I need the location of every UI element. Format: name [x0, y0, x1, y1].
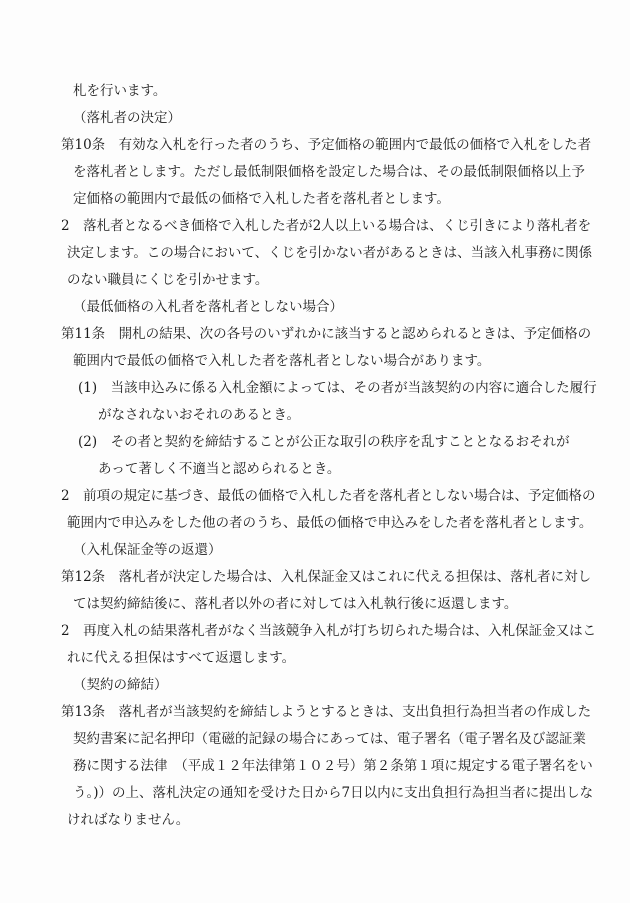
text-line: を落札者とします。ただし最低制限価格を設定した場合は、その最低制限価格以上予: [0, 159, 630, 186]
text-line: 札を行います。: [0, 78, 630, 105]
text-line: 第13条 落札者が当該契約を締結しようとするときは、支出負担行為担当者の作成した: [0, 699, 630, 726]
text-line: (2) その者と契約を締結することが公正な取引の秩序を乱すこととなるおそれが: [0, 429, 630, 456]
text-line: 決定します。この場合において、くじを引かない者があるときは、当該入札事務に関係: [0, 240, 630, 267]
text-line: 第11条 開札の結果、次の各号のいずれかに該当すると認められるときは、予定価格の: [0, 321, 630, 348]
text-line: (1) 当該申込みに係る入札金額によっては、その者が当該契約の内容に適合した履行: [0, 375, 630, 402]
text-line: 務に関する法律 （平成１２年法律第１０２号）第２条第１項に規定する電子署名をい: [0, 753, 630, 780]
text-line: 2 再度入札の結果落札者がなく当該競争入札が打ち切られた場合は、入札保証金又はこ: [0, 618, 630, 645]
text-line: 契約書案に記名押印（電磁的記録の場合にあっては、電子署名（電子署名及び認証業: [0, 726, 630, 753]
text-line: 範囲内で最低の価格で入札した者を落札者としない場合があります。: [0, 348, 630, 375]
text-line: （入札保証金等の返還）: [0, 537, 630, 564]
document-page: 札を行います。（落札者の決定）第10条 有効な入札を行った者のうち、予定価格の範…: [0, 0, 630, 903]
text-line: れに代える担保はすべて返還します。: [0, 645, 630, 672]
text-line: 定価格の範囲内で最低の価格で入札した者を落札者とします。: [0, 186, 630, 213]
text-line: 第10条 有効な入札を行った者のうち、予定価格の範囲内で最低の価格で入札をした者: [0, 132, 630, 159]
text-line: がなされないおそれのあるとき。: [0, 402, 630, 429]
text-line: 2 前項の規定に基づき、最低の価格で入札した者を落札者としない場合は、予定価格の: [0, 483, 630, 510]
text-line: ければなりません。: [0, 807, 630, 834]
text-line: 範囲内で申込みをした他の者のうち、最低の価格で申込みをした者を落札者とします。: [0, 510, 630, 537]
text-line: ては契約締結後に、落札者以外の者に対しては入札執行後に返還します。: [0, 591, 630, 618]
text-line: あって著しく不適当と認められるとき。: [0, 456, 630, 483]
text-line: （契約の締結）: [0, 672, 630, 699]
text-line: 2 落札者となるべき価格で入札した者が2人以上いる場合は、くじ引きにより落札者を: [0, 213, 630, 240]
text-line: のない職員にくじを引かせます。: [0, 267, 630, 294]
text-line: （落札者の決定）: [0, 105, 630, 132]
text-line: う。)）の上、落札決定の通知を受けた日から7日以内に支出負担行為担当者に提出しな: [0, 780, 630, 807]
text-line: （最低価格の入札者を落札者としない場合）: [0, 294, 630, 321]
document-body: 札を行います。（落札者の決定）第10条 有効な入札を行った者のうち、予定価格の範…: [0, 78, 630, 834]
text-line: 第12条 落札者が決定した場合は、入札保証金又はこれに代える担保は、落札者に対し: [0, 564, 630, 591]
